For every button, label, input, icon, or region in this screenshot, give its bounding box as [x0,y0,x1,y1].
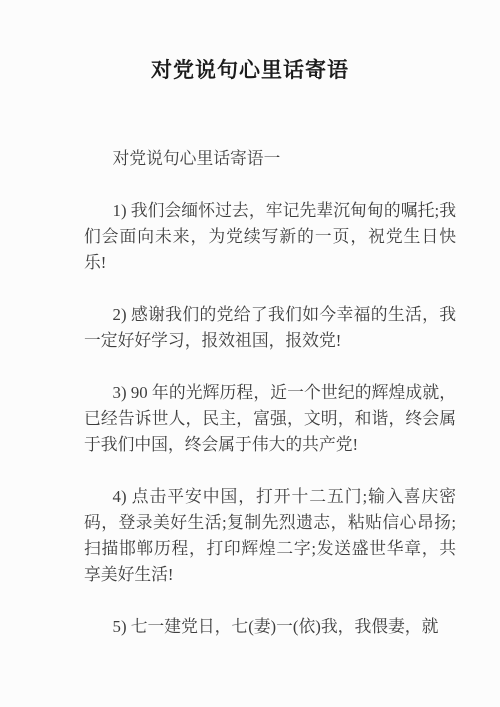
paragraph-1: 1) 我们会缅怀过去，牢记先辈沉甸甸的嘱托;我们会面向未来，为党续写新的一页，祝… [84,198,456,276]
paragraph-4: 4) 点击平安中国，打开十二五门;输入喜庆密码，登录美好生活;复制先烈遗志，粘贴… [84,484,456,588]
paragraph-2: 2) 感谢我们的党给了我们如今幸福的生活，我一定好好学习，报效祖国，报效党! [84,302,456,354]
paragraph-3: 3) 90 年的光辉历程，近一个世纪的辉煌成就，已经告诉世人，民主，富强，文明，… [84,380,456,458]
paragraph-5: 5) 七一建党日，七(妻)一(依)我，我偎妻，就 [84,614,456,640]
document-body: 对党说句心里话寄语一 1) 我们会缅怀过去，牢记先辈沉甸甸的嘱托;我们会面向未来… [84,146,456,640]
document-page: 对党说句心里话寄语 对党说句心里话寄语一 1) 我们会缅怀过去，牢记先辈沉甸甸的… [0,0,500,707]
section-heading: 对党说句心里话寄语一 [84,146,456,172]
document-title: 对党说句心里话寄语 [0,58,500,84]
